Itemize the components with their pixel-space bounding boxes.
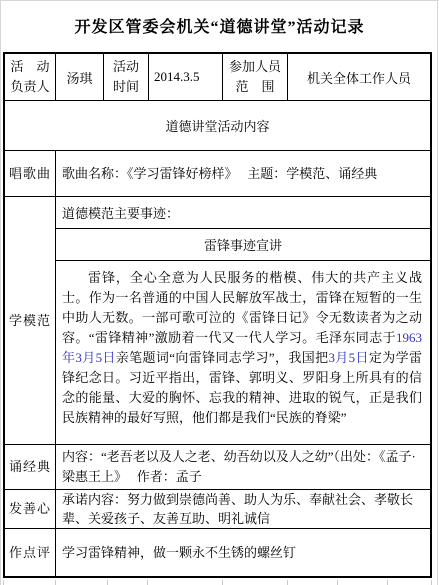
model-deeds-paragraph: 雷锋，全心全意为人民服务的楷模、伟大的共产主义战士。作为一名普通的中国人民解放军… [56, 261, 430, 444]
time-label: 活动 时间 [104, 54, 149, 100]
section-header-row: 道德讲堂活动内容 [5, 101, 430, 151]
model-deeds-title: 道德模范主要事迹： [56, 197, 430, 229]
gridline-tick [287, 580, 288, 585]
organizer-value: 汤琪 [56, 54, 104, 100]
comment-label: 作点评 [5, 529, 56, 576]
page-edge-right [437, 0, 438, 585]
section-header: 道德讲堂活动内容 [5, 101, 430, 150]
page-edge-left [0, 0, 1, 585]
info-row: 活 动 负责人 汤琪 活动 时间 2014.3.5 参加人员 范 围 机关全体工… [5, 54, 430, 101]
sing-content: 歌曲名称：《学习雷锋好榜样》 主题：学模范、诵经典 [56, 151, 430, 196]
kindness-label: 发善心 [5, 490, 56, 528]
gridline-tick [147, 580, 148, 585]
gridline-tick [337, 580, 338, 585]
model-row: 学模范 道德模范主要事迹： 雷锋事迹宣讲 雷锋，全心全意为人民服务的楷模、伟大的… [5, 197, 430, 445]
model-label: 学模范 [5, 197, 56, 444]
sing-label: 唱歌曲 [5, 151, 56, 196]
recite-content: 内容：“老吾老以及人之老、幼吾幼以及人之幼”（出处：《孟子·梁惠王上》 作者：孟… [56, 445, 430, 489]
comment-content: 学习雷锋精神，做一颗永不生锈的螺丝钉 [56, 529, 430, 576]
gridline-tick [222, 580, 223, 585]
page-edge-top [0, 0, 439, 1]
participants-label: 参加人员 范 围 [223, 54, 288, 100]
gridline-tick [107, 580, 108, 585]
kindness-content: 承诺内容：努力做到崇德尚善、助人为乐、奉献社会、孝敬长辈、关爱孩子、友善互助、明… [56, 490, 430, 528]
time-value: 2014.3.5 [149, 54, 223, 100]
kindness-row: 发善心 承诺内容：努力做到崇德尚善、助人为乐、奉献社会、孝敬长辈、关爱孩子、友善… [5, 490, 430, 529]
model-content-area: 道德模范主要事迹： 雷锋事迹宣讲 雷锋，全心全意为人民服务的楷模、伟大的共产主义… [56, 197, 430, 444]
model-deeds-subtitle: 雷锋事迹宣讲 [56, 229, 430, 261]
comment-row: 作点评 学习雷锋精神，做一颗永不生锈的螺丝钉 [5, 529, 430, 576]
participants-value: 机关全体工作人员 [288, 54, 430, 100]
gridline-tick [431, 580, 432, 585]
gridline-tick [55, 580, 56, 585]
page-title: 开发区管委会机关“道德讲堂”活动记录 [0, 14, 439, 37]
leifeng-paragraph: 雷锋，全心全意为人民服务的楷模、伟大的共产主义战士。作为一名普通的中国人民解放军… [62, 268, 422, 428]
recite-label: 诵经典 [5, 445, 56, 489]
activity-record-table: 活 动 负责人 汤琪 活动 时间 2014.3.5 参加人员 范 围 机关全体工… [3, 52, 432, 578]
gridline-tick [3, 580, 4, 585]
gridline-tick [387, 580, 388, 585]
sing-row: 唱歌曲 歌曲名称：《学习雷锋好榜样》 主题：学模范、诵经典 [5, 151, 430, 197]
organizer-label: 活 动 负责人 [5, 54, 56, 100]
recite-row: 诵经典 内容：“老吾老以及人之老、幼吾幼以及人之幼”（出处：《孟子·梁惠王上》 … [5, 445, 430, 490]
document-page: { "page": { "title": "开发区管委会机关“道德讲堂”活动记录… [0, 0, 439, 585]
